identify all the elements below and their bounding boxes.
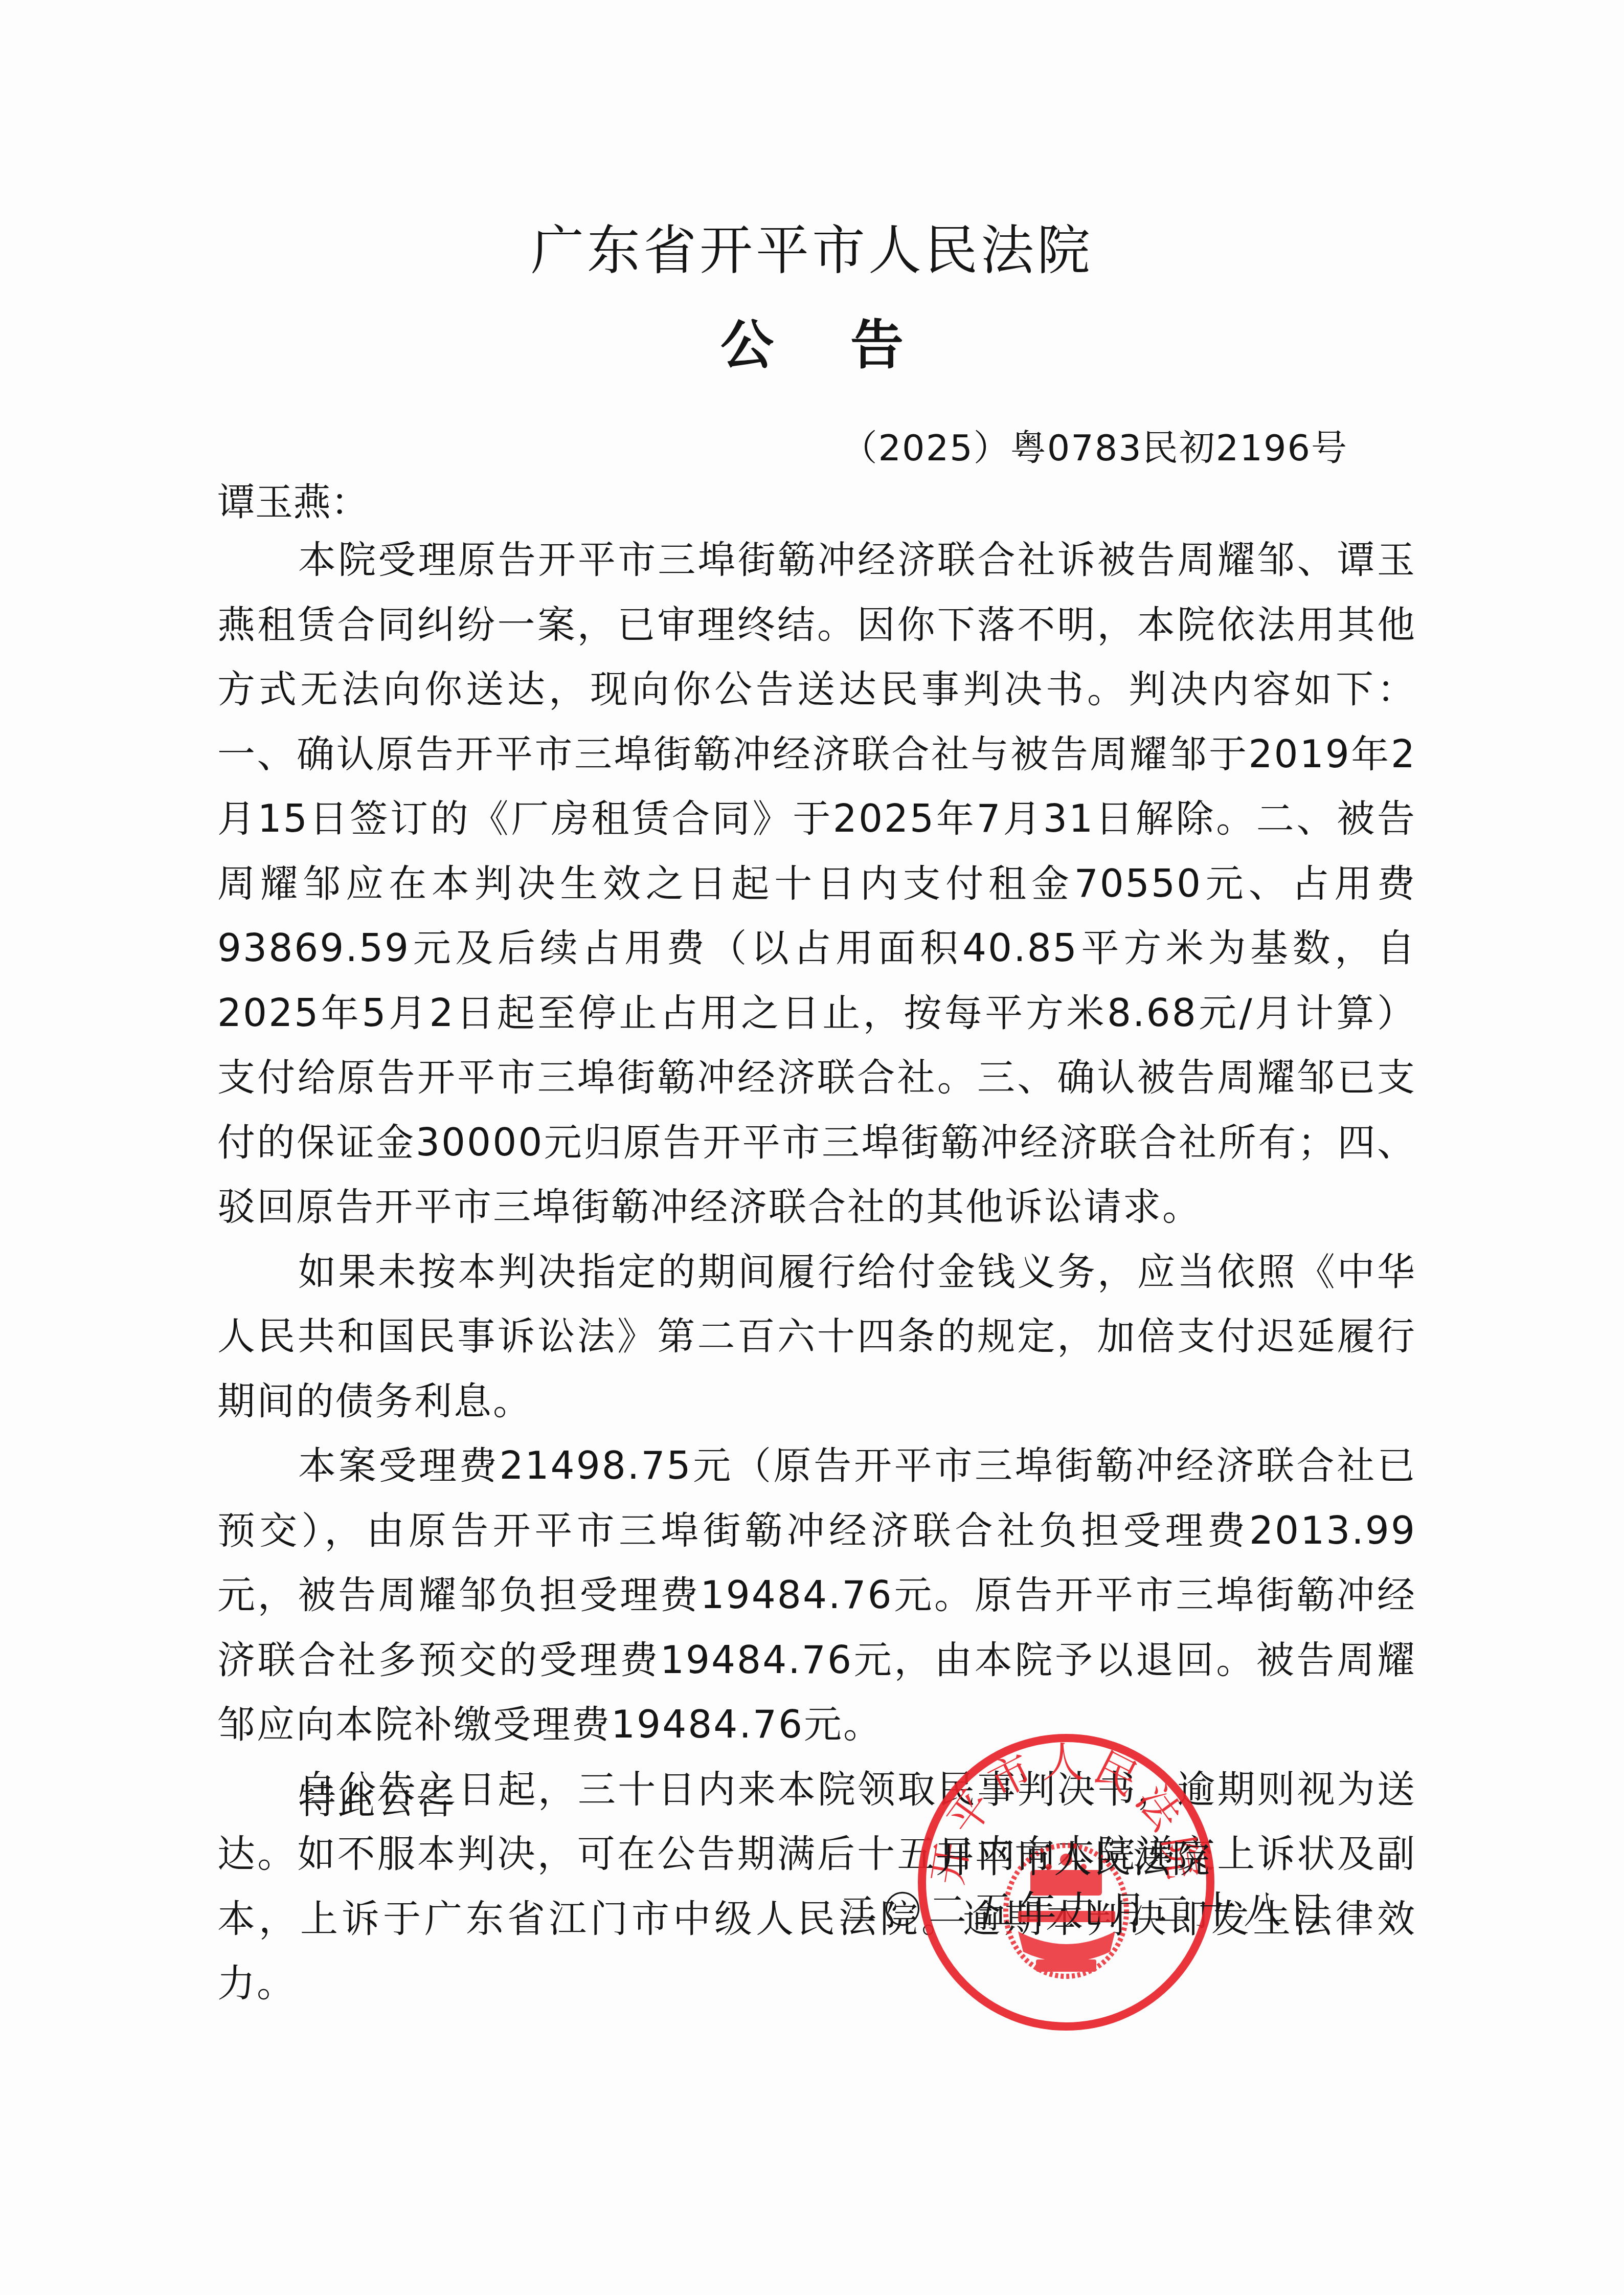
document-type-char-1: 公	[720, 312, 774, 378]
court-notice-page: 广东省开平市人民法院 公告 （2025）粤0783民初2196号 谭玉燕： 本院…	[0, 0, 1624, 2295]
document-type-char-2: 告	[850, 312, 904, 378]
document-type-heading: 公告	[0, 312, 1624, 378]
addressee: 谭玉燕：	[217, 477, 369, 528]
signing-date: 二〇二五年九月二十八日	[839, 1885, 1334, 1936]
court-title: 广东省开平市人民法院	[0, 217, 1624, 284]
case-number: （2025）粤0783民初2196号	[842, 422, 1348, 474]
paragraph-court-fees: 本案受理费21498.75元（原告开平市三埠街簕冲经济联合社已预交），由原告开平…	[217, 1434, 1416, 1757]
signing-court-name: 开平市人民法院	[936, 1834, 1211, 1885]
paragraph-late-performance: 如果未按本判决指定的期间履行给付金钱义务，应当依照《中华人民共和国民事诉讼法》第…	[217, 1240, 1416, 1434]
closing-statement: 特此公告	[298, 1775, 456, 1826]
paragraph-judgment: 本院受理原告开平市三埠街簕冲经济联合社诉被告周耀邹、谭玉燕租赁合同纠纷一案，已审…	[217, 528, 1416, 1240]
